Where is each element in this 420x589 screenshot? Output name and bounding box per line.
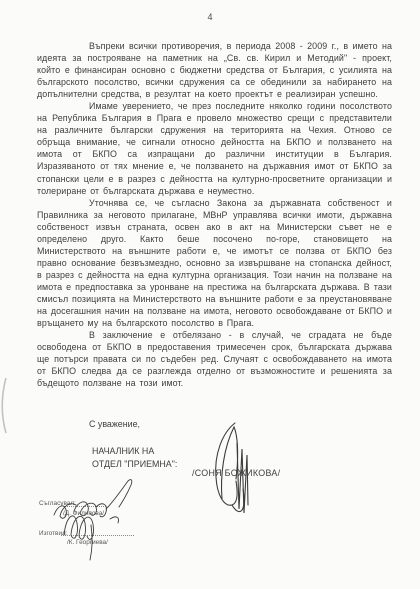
prepared-name: /К. Георгиева/ [67,539,108,546]
paragraph-embassy-meetings: Имаме уверението, че през последните няк… [37,100,392,196]
page-number: 4 [0,12,420,22]
letter-body: Въпреки всички противоречия, в периода 2… [37,40,392,389]
salutation: С уважение, [89,419,140,429]
signer-name: /СОНЯ БОЖИКОВА/ [192,468,280,478]
signature-k-georgieva [58,499,118,563]
paragraph-monument-project: Въпреки всички противоречия, в периода 2… [37,40,392,100]
signature-sonya-bozhikova [208,419,258,515]
signer-title: НАЧАЛНИК НА ОТДЕЛ "ПРИЕМНА": [92,445,177,471]
paragraph-conclusion: В заключение е отбелязано - в случай, че… [37,329,392,389]
scan-edge-artifact [0,378,10,434]
scanned-letter-page: 4 Въпреки всички противоречия, в периода… [0,0,420,589]
signer-title-line-1: НАЧАЛНИК НА [92,445,177,458]
paragraph-state-property-law: Уточнява се, че съгласно Закона за държа… [37,197,392,330]
signer-title-line-2: ОТДЕЛ "ПРИЕМНА": [92,458,177,471]
